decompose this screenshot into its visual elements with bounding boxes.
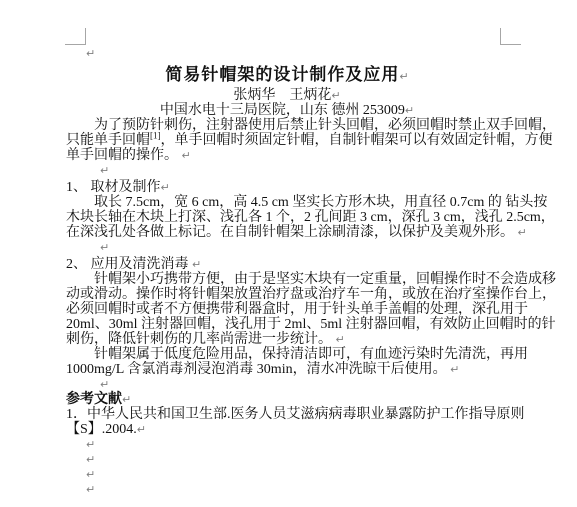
paragraph-mark-icon: ↵ (86, 483, 95, 496)
reference-line-2: 【S】.2004.↵ (66, 422, 508, 437)
empty-paragraph: ↵ (66, 437, 508, 452)
authors-line: 张炳华 王炳花↵ (66, 88, 508, 103)
section2-heading: 2、 应用及清洗消毒 ↵ (66, 257, 508, 272)
heading-text: 参考文献 (66, 392, 122, 407)
section2-line-5: 刺伤，降低针刺伤的几率尚需进一步统计。 ↵ (66, 332, 508, 347)
paragraph-mark-icon: ↵ (405, 104, 414, 117)
crop-mark-top-right (500, 28, 521, 45)
body-text: 为了预防针刺伤，注射器使用后禁止针头回帽，必须回帽时禁止双手回帽， (94, 118, 556, 133)
references-heading: 参考文献↵ (66, 392, 508, 407)
body-text: ，单手回帽时须固定针帽，自制针帽架可以有效固定针帽，方便 (161, 133, 553, 148)
body-text: 动或滑动。操作时将针帽架放置治疗盘或治疗车一角，或放在治疗室操作台上， (66, 287, 556, 302)
paragraph-mark-icon: ↵ (450, 363, 459, 376)
paragraph-mark-icon: ↵ (86, 453, 95, 466)
section1-line-1: 取长 7.5cm，宽 6 cm，高 4.5 cm 坚实长方形木块，用直径 0.7… (66, 195, 508, 210)
section2-line-4: 20ml、30ml 注射器回帽，浅孔用于 2ml、5ml 注射器回帽，有效防止回… (66, 317, 508, 332)
body-text: 针帽架小巧携带方便，由于是坚实木块有一定重量，回帽操作时不会造成移 (94, 272, 556, 287)
title-line: 简易针帽架的设计制作及应用↵ (66, 62, 508, 88)
empty-paragraph: ↵ (66, 377, 508, 392)
paragraph-mark-icon: ↵ (86, 47, 95, 60)
section1-line-2: 木块长轴在木块上打深、浅孔各 1 个，2 孔间距 3 cm，深孔 3 cm，浅孔… (66, 210, 508, 225)
section1-line-3: 在深浅孔处各做上标记。在自制针帽架上涂刷清漆，以保护及美观外形。 ↵ (66, 225, 508, 240)
body-text: 只能单手回帽 (66, 133, 150, 148)
paragraph-mark-icon: ↵ (86, 468, 95, 481)
section2-para2-line-2: 1000mg/L 含氯消毒剂浸泡消毒 30min，清水冲洗晾干后使用。 ↵ (66, 362, 508, 377)
empty-paragraph: ↵ (66, 240, 508, 257)
paragraph-mark-icon: ↵ (518, 226, 527, 239)
section1-heading: 1、 取材及制作↵ (66, 180, 508, 195)
document-title: 简易针帽架的设计制作及应用 (165, 65, 399, 84)
body-text: 20ml、30ml 注射器回帽，浅孔用于 2ml、5ml 注射器回帽，有效防止回… (66, 317, 556, 332)
citation-superscript: [1] (150, 130, 161, 140)
intro-line-1: 为了预防针刺伤，注射器使用后禁止针头回帽，必须回帽时禁止双手回帽， (66, 118, 508, 133)
paragraph-mark-icon: ↵ (182, 149, 191, 162)
paragraph-mark-icon: ↵ (331, 89, 340, 102)
paragraph-mark-icon: ↵ (399, 70, 408, 83)
heading-text: 2、 应用及清洗消毒 (66, 257, 192, 272)
paragraph-mark-icon: ↵ (336, 333, 345, 346)
body-text: 刺伤，降低针刺伤的几率尚需进一步统计。 (66, 332, 336, 347)
body-text: 木块长轴在木块上打深、浅孔各 1 个，2 孔间距 3 cm，深孔 3 cm，浅孔… (66, 210, 555, 225)
document-body: ↵ 简易针帽架的设计制作及应用↵ 张炳华 王炳花↵ 中国水电十三局医院，山东 德… (66, 46, 508, 497)
paragraph-mark-icon: ↵ (137, 423, 146, 436)
paragraph-mark-icon: ↵ (86, 438, 95, 451)
intro-line-2: 只能单手回帽[1]，单手回帽时须固定针帽，自制针帽架可以有效固定针帽，方便 (66, 133, 508, 148)
crop-mark-top-left (65, 28, 86, 45)
paragraph-mark-icon: ↵ (100, 378, 109, 391)
paragraph-mark-icon: ↵ (100, 164, 109, 177)
section2-line-2: 动或滑动。操作时将针帽架放置治疗盘或治疗车一角，或放在治疗室操作台上， (66, 287, 508, 302)
empty-paragraph: ↵ (66, 46, 508, 62)
empty-paragraph: ↵ (66, 452, 508, 467)
body-text: 必须回帽时或者不方便携带利器盒时，用于针头单手盖帽的处理，深孔用于 (66, 302, 528, 317)
body-text: 在深浅孔处各做上标记。在自制针帽架上涂刷清漆，以保护及美观外形。 (66, 225, 518, 240)
section2-para2-line-1: 针帽架属于低度危险用品，保持清洁即可，有血迹污染时先清洗，再用 (66, 347, 508, 362)
empty-paragraph: ↵ (66, 163, 508, 180)
section2-line-3: 必须回帽时或者不方便携带利器盒时，用于针头单手盖帽的处理，深孔用于 (66, 302, 508, 317)
heading-text: 1、 取材及制作 (66, 180, 161, 195)
empty-paragraph: ↵ (66, 467, 508, 482)
body-text: 取长 7.5cm，宽 6 cm，高 4.5 cm 坚实长方形木块，用直径 0.7… (94, 195, 547, 210)
affiliation-line: 中国水电十三局医院，山东 德州 253009↵ (66, 103, 508, 118)
body-text: 单手回帽的操作。 (66, 148, 182, 163)
affiliation: 中国水电十三局医院，山东 德州 253009 (160, 103, 405, 118)
paragraph-mark-icon: ↵ (192, 258, 201, 271)
body-text: 针帽架属于低度危险用品，保持清洁即可，有血迹污染时先清洗，再用 (94, 347, 528, 362)
paragraph-mark-icon: ↵ (161, 181, 170, 194)
body-text: 1．中华人民共和国卫生部.医务人员艾滋病病毒职业暴露防护工作指导原则 (66, 407, 525, 422)
document-page: ↵ 简易针帽架的设计制作及应用↵ 张炳华 王炳花↵ 中国水电十三局医院，山东 德… (0, 0, 577, 507)
intro-line-3: 单手回帽的操作。 ↵ (66, 148, 508, 163)
paragraph-mark-icon: ↵ (100, 241, 109, 254)
empty-paragraph: ↵ (66, 482, 508, 497)
paragraph-mark-icon: ↵ (122, 393, 131, 406)
section2-line-1: 针帽架小巧携带方便，由于是坚实木块有一定重量，回帽操作时不会造成移 (66, 272, 508, 287)
body-text: 1000mg/L 含氯消毒剂浸泡消毒 30min，清水冲洗晾干后使用。 (66, 362, 450, 377)
reference-line-1: 1．中华人民共和国卫生部.医务人员艾滋病病毒职业暴露防护工作指导原则 (66, 407, 508, 422)
body-text: 【S】.2004. (66, 422, 137, 437)
authors: 张炳华 王炳花 (233, 88, 331, 103)
